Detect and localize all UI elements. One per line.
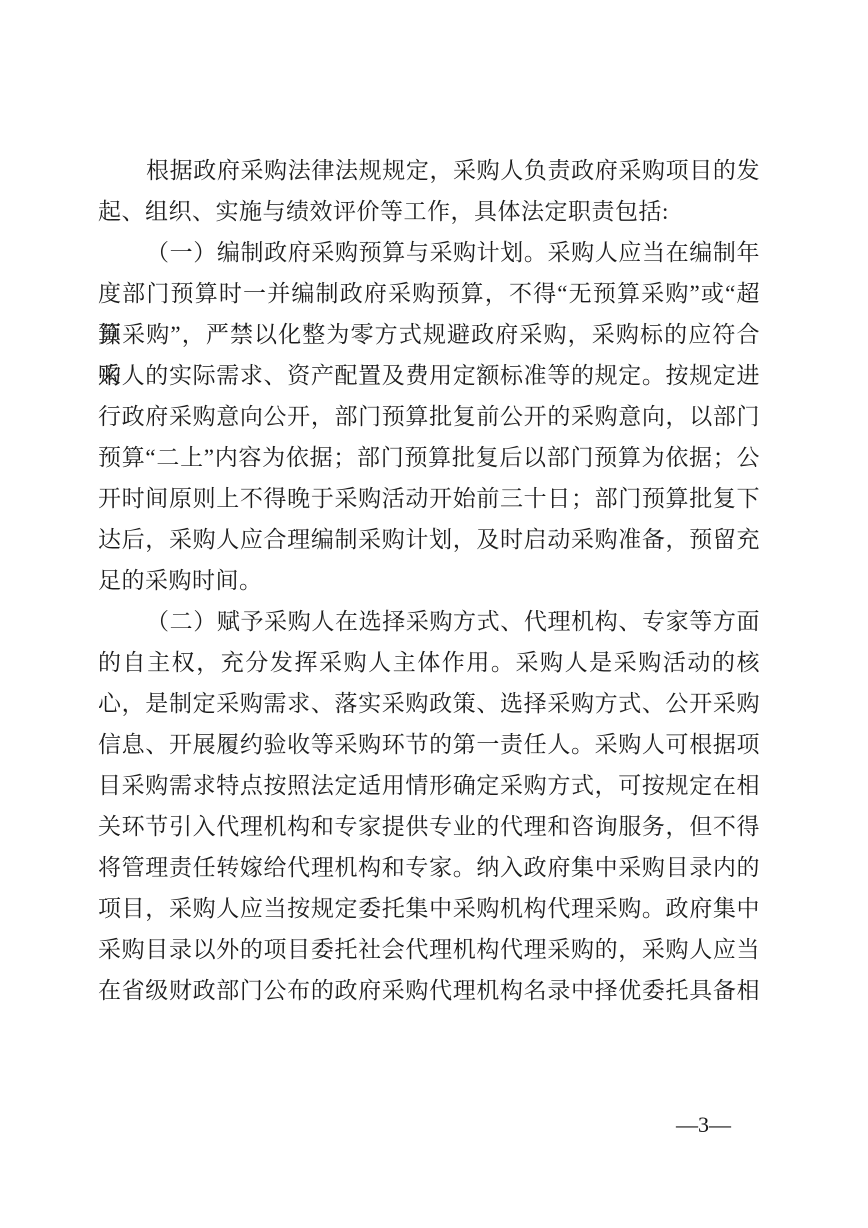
text-line: 达后，采购人应合理编制采购计划，及时启动采购准备，预留充 bbox=[98, 519, 760, 560]
page-number: —3— bbox=[676, 1110, 731, 1140]
text-line: 根据政府采购法律法规规定，采购人负责政府采购项目的发 bbox=[98, 150, 760, 191]
text-line: 预算“二上”内容为依据；部门预算批复后以部门预算为依据；公 bbox=[98, 437, 760, 478]
text-line: 的自主权，充分发挥采购人主体作用。采购人是采购活动的核 bbox=[98, 642, 760, 683]
text-line: 开时间原则上不得晚于采购活动开始前三十日；部门预算批复下 bbox=[98, 478, 760, 519]
text-line: 购人的实际需求、资产配置及费用定额标准等的规定。按规定进 bbox=[98, 355, 760, 396]
text-line: 度部门预算时一并编制政府采购预算，不得“无预算采购”或“超预 bbox=[98, 273, 760, 314]
text-line: 足的采购时间。 bbox=[98, 560, 760, 601]
text-line: 关环节引入代理机构和专家提供专业的代理和咨询服务，但不得 bbox=[98, 806, 760, 847]
text-line: 信息、开展履约验收等采购环节的第一责任人。采购人可根据项 bbox=[98, 724, 760, 765]
text-line: 在省级财政部门公布的政府采购代理机构名录中择优委托具备相 bbox=[98, 970, 760, 1011]
document-page: 根据政府采购法律法规规定，采购人负责政府采购项目的发起、组织、实施与绩效评价等工… bbox=[0, 0, 868, 1228]
text-line: 将管理责任转嫁给代理机构和专家。纳入政府集中采购目录内的 bbox=[98, 847, 760, 888]
text-line: 采购目录以外的项目委托社会代理机构代理采购的，采购人应当 bbox=[98, 929, 760, 970]
document-body: 根据政府采购法律法规规定，采购人负责政府采购项目的发起、组织、实施与绩效评价等工… bbox=[98, 150, 760, 1011]
text-line: 心，是制定采购需求、落实采购政策、选择采购方式、公开采购 bbox=[98, 683, 760, 724]
text-line: 算采购”，严禁以化整为零方式规避政府采购，采购标的应符合采 bbox=[98, 314, 760, 355]
text-line: 起、组织、实施与绩效评价等工作，具体法定职责包括: bbox=[98, 191, 760, 232]
text-line: （二）赋予采购人在选择采购方式、代理机构、专家等方面 bbox=[98, 601, 760, 642]
text-line: 目采购需求特点按照法定适用情形确定采购方式，可按规定在相 bbox=[98, 765, 760, 806]
text-line: （一）编制政府采购预算与采购计划。采购人应当在编制年 bbox=[98, 232, 760, 273]
text-line: 行政府采购意向公开，部门预算批复前公开的采购意向，以部门 bbox=[98, 396, 760, 437]
text-line: 项目，采购人应当按规定委托集中采购机构代理采购。政府集中 bbox=[98, 888, 760, 929]
